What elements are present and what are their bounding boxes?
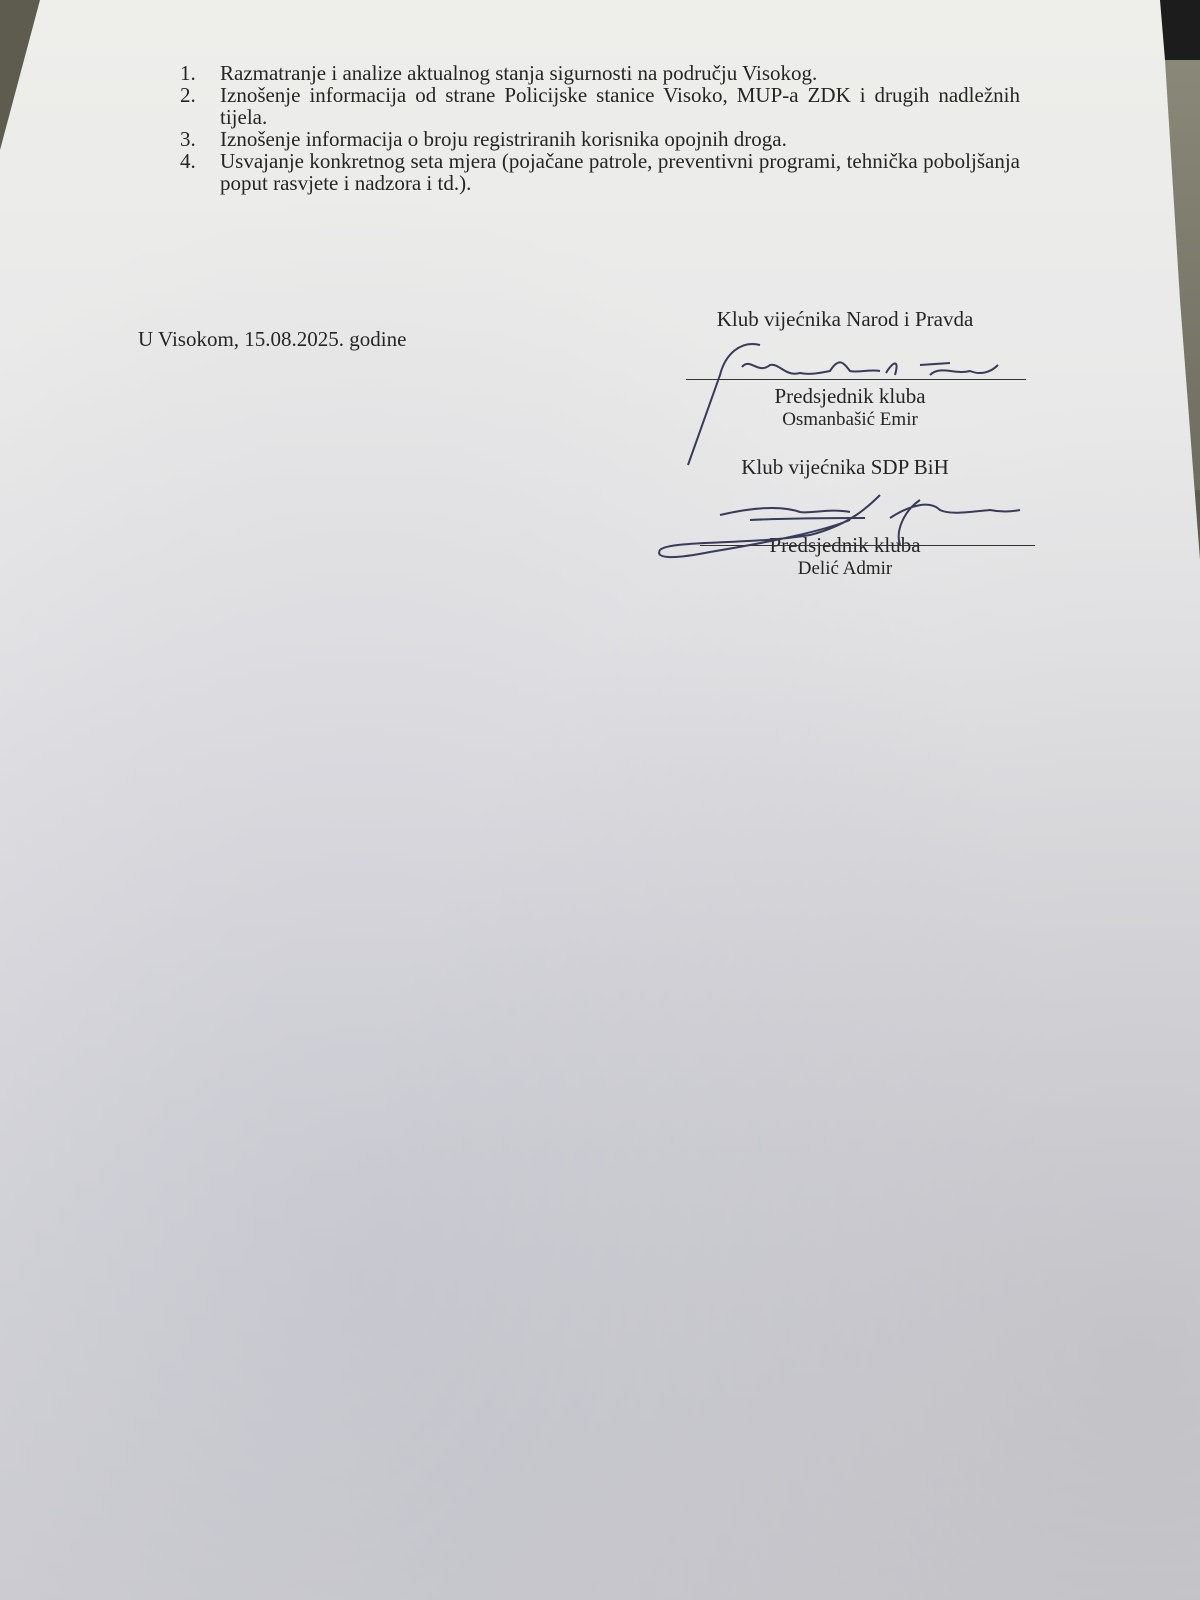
club-name: Klub vijećnika SDP BiH: [715, 455, 975, 479]
signature-osmanbasic: [680, 335, 1030, 475]
agenda-item-number: 4.: [180, 150, 196, 172]
club-name: Klub vijećnika Narod i Pravda: [700, 307, 990, 331]
agenda-item-text: Iznošenje informacija o broju registrira…: [220, 127, 787, 151]
agenda-item: 2.Iznošenje informacija od strane Polici…: [180, 84, 1020, 128]
agenda-item-text: Iznošenje informacija od strane Policijs…: [220, 83, 1020, 129]
agenda-item: 3.Iznošenje informacija o broju registri…: [180, 128, 1020, 150]
agenda-item-text: Usvajanje konkretnog seta mjera (pojačan…: [220, 149, 1020, 195]
agenda-list: 1.Razmatranje i analize aktualnog stanja…: [180, 62, 1020, 194]
agenda-item-number: 2.: [180, 84, 196, 106]
signature-block-sdp-bih: Klub vijećnika SDP BiH Predsjednik kluba…: [715, 455, 975, 479]
place-date: U Visokom, 15.08.2025. godine: [138, 327, 406, 352]
agenda-item-number: 3.: [180, 128, 196, 150]
agenda-item-number: 1.: [180, 62, 196, 84]
document-content: 1.Razmatranje i analize aktualnog stanja…: [0, 0, 1200, 1600]
signature-delic: [650, 490, 1040, 565]
agenda-item: 1.Razmatranje i analize aktualnog stanja…: [180, 62, 1020, 84]
agenda-item-text: Razmatranje i analize aktualnog stanja s…: [220, 61, 817, 85]
agenda-item: 4.Usvajanje konkretnog seta mjera (pojač…: [180, 150, 1020, 194]
